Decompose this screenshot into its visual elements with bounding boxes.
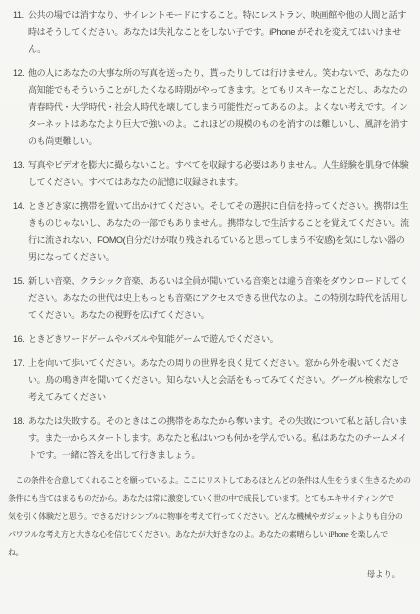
- list-item-18: 18. あなたは失敗する。そのときはこの携帯をあなたから奪います。その失敗につい…: [13, 413, 408, 464]
- item-text-line: トです。一緒に答えを出して行きましょう。: [28, 447, 408, 464]
- list-item-17: 17. 上を向いて歩いてください。あなたの周りの世界を良く見てください。窓から外…: [13, 355, 408, 406]
- item-text: 上を向いて歩いてください。あなたの周りの世界を良く見てください。窓から外を覗いて…: [28, 355, 408, 406]
- item-text-line: 他の人にあなたの大事な所の写真を送ったり、貰ったりしては行けません。笑わないで、…: [28, 65, 408, 82]
- list-item-15: 15. 新しい音楽、クラシック音楽、あるいは全員が聞いている音楽とは違う音楽をダ…: [13, 273, 408, 324]
- item-text-line: ん。: [28, 41, 408, 58]
- item-text-line: あなたは失敗する。そのときはこの携帯をあなたから奪います。その失敗について私と話…: [28, 413, 408, 430]
- item-text-line: す。また一からスタートします。あなたと私はいつも何かを学んでいる。私はあなたのチ…: [28, 430, 408, 447]
- closing-line: ね。: [8, 544, 414, 562]
- item-number: 12.: [13, 65, 28, 82]
- closing-line: パワフルな考え方と大きな心を信じてください。あなたが大好きなのよ。あなたの素晴ら…: [8, 526, 414, 544]
- item-text-line: してください。すべてはあなたの記憶に収録されます。: [28, 174, 408, 191]
- closing-line: 気を引く体験だと思う。できるだけシンプルに物事を考えて行ってください。どんな機械…: [8, 508, 414, 526]
- item-text-line: 青春時代・大学時代・社会人時代を壊してしまう可能性だってあるのよ。よくない考えで…: [28, 99, 408, 116]
- item-text: 他の人にあなたの大事な所の写真を送ったり、貰ったりしては行けません。笑わないで、…: [28, 65, 408, 150]
- list-item-12: 12. 他の人にあなたの大事な所の写真を送ったり、貰ったりしては行けません。笑わ…: [13, 65, 408, 150]
- item-number: 14.: [13, 198, 28, 215]
- item-text-line: 上を向いて歩いてください。あなたの周りの世界を良く見てください。窓から外を覗いて…: [28, 355, 408, 372]
- item-text-line: ときどきワードゲームやパズルや知能ゲームで遊んでください。: [28, 331, 408, 348]
- item-text-line: 高知能でもそういうことがしたくなる時期がやってきます。とてもリスキーなことだし、…: [28, 82, 408, 99]
- item-text-line: 公共の場では消すなり、サイレントモードにすること。特にレストラン、映画館や他の人…: [28, 7, 408, 24]
- item-text: 公共の場では消すなり、サイレントモードにすること。特にレストラン、映画館や他の人…: [28, 7, 408, 58]
- item-number: 18.: [13, 413, 28, 430]
- item-text-line: てください。あなたの視野を広げてください。: [28, 307, 408, 324]
- closing-paragraph: この条件を合意してくれることを願っているよ。ここにリストしてあるほとんどの条件は…: [8, 472, 414, 562]
- closing-line: 条件にも当てはまるものだから。あなたは常に激変していく世の中で成長しています。と…: [8, 490, 414, 508]
- item-number: 11.: [13, 7, 28, 24]
- item-text-line: ださい。あなたの世代は史上もっとも音楽にアクセスできる世代なのよ。この特別な時代…: [28, 290, 408, 307]
- item-text: あなたは失敗する。そのときはこの携帯をあなたから奪います。その失敗について私と話…: [28, 413, 408, 464]
- item-text-line: 新しい音楽、クラシック音楽、あるいは全員が聞いている音楽とは違う音楽をダウンロー…: [28, 273, 408, 290]
- item-number: 17.: [13, 355, 28, 372]
- item-text-line: 考えてみてください: [28, 389, 408, 406]
- item-text-line: ときどき家に携帯を置いて出かけてください。そしてその選択に自信を持ってください。…: [28, 198, 408, 215]
- list-item-14: 14. ときどき家に携帯を置いて出かけてください。そしてその選択に自信を持ってく…: [13, 198, 408, 266]
- item-text-line: ターネットはあなたより巨大で強いのよ。これほどの規模のものを消すのは難しいし、風…: [28, 116, 408, 133]
- list-item-11: 11. 公共の場では消すなり、サイレントモードにすること。特にレストラン、映画館…: [13, 7, 408, 58]
- item-text-line: 写真やビデオを膨大に撮らないこと。すべてを収録する必要はありません。人生経験を肌…: [28, 157, 408, 174]
- signature: 母より。: [13, 568, 408, 580]
- item-text-line: きものじゃないし、あなたの一部でもありません。携帯なしで生活することを覚えてくだ…: [28, 215, 408, 232]
- list-item-16: 16. ときどきワードゲームやパズルや知能ゲームで遊んでください。: [13, 331, 408, 348]
- item-text: ときどき家に携帯を置いて出かけてください。そしてその選択に自信を持ってください。…: [28, 198, 408, 266]
- list-item-13: 13. 写真やビデオを膨大に撮らないこと。すべてを収録する必要はありません。人生…: [13, 157, 408, 191]
- closing-line: この条件を合意してくれることを願っているよ。ここにリストしてあるほとんどの条件は…: [8, 472, 414, 490]
- item-text-line: 男になってください。: [28, 249, 408, 266]
- item-text: 写真やビデオを膨大に撮らないこと。すべてを収録する必要はありません。人生経験を肌…: [28, 157, 408, 191]
- item-text-line: のも尚更難しい。: [28, 133, 408, 150]
- item-text-line: 時はそうしてください。あなたは失礼なことをしない子です。iPhone がそれを変…: [28, 24, 408, 41]
- letter-document: 11. 公共の場では消すなり、サイレントモードにすること。特にレストラン、映画館…: [0, 0, 420, 614]
- item-text: 新しい音楽、クラシック音楽、あるいは全員が聞いている音楽とは違う音楽をダウンロー…: [28, 273, 408, 324]
- item-number: 15.: [13, 273, 28, 290]
- item-text-line: い。鳥の鳴き声を聞いてください。知らない人と会話をもってみてください。グーグル検…: [28, 372, 408, 389]
- item-text: ときどきワードゲームやパズルや知能ゲームで遊んでください。: [28, 331, 408, 348]
- item-number: 13.: [13, 157, 28, 174]
- item-text-line: 行に流されない、FOMO(自分だけが取り残されるていると思ってしまう不安感)を気…: [28, 232, 408, 249]
- item-number: 16.: [13, 331, 28, 348]
